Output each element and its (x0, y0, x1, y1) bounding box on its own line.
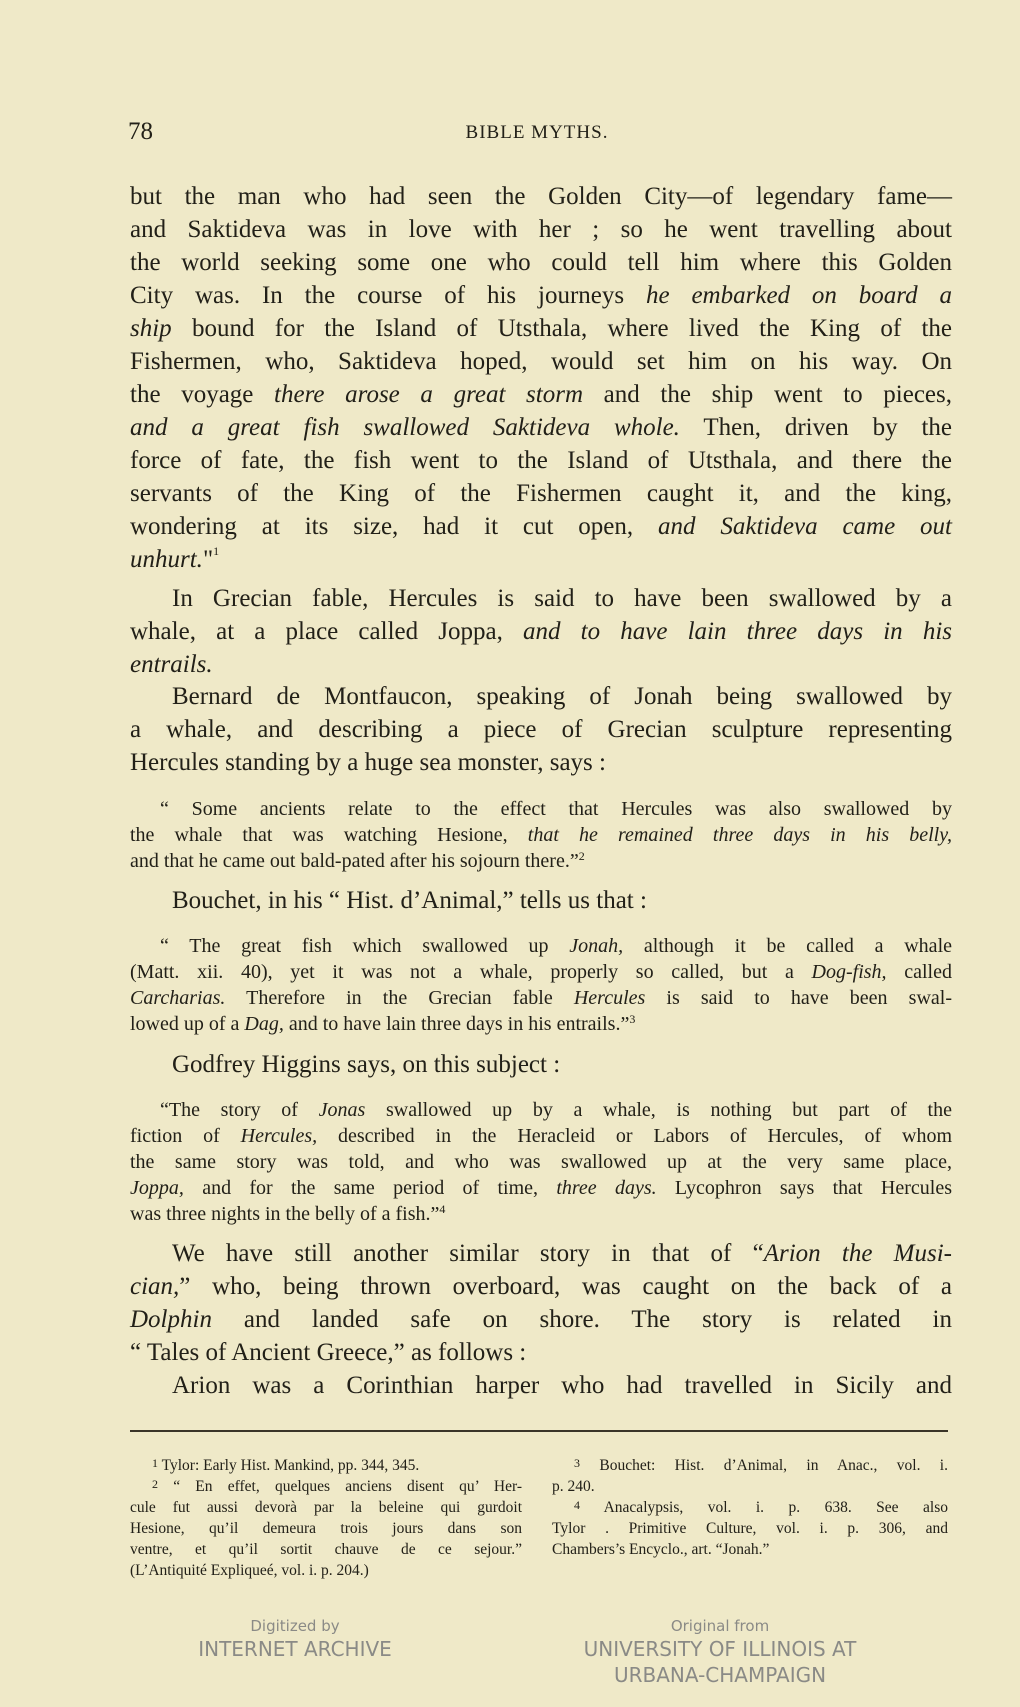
footnote-divider (130, 1430, 948, 1432)
footnote-2-cont: ventre, et qu’il sortit chauve de ce sej… (130, 1539, 522, 1560)
text-line: Carcharias. Therefore in the Grecian fab… (130, 985, 952, 1011)
footnote-2: 2 “ En effet, quelques anciens disent qu… (130, 1476, 522, 1497)
text-line: lowed up of a Dag, and to have lain thre… (130, 1011, 952, 1037)
text-line: a whale, and describing a piece of Greci… (130, 713, 952, 746)
paragraph-hercules: In Grecian fable, Hercules is said to ha… (130, 582, 952, 681)
footnote-4-cont: Tylor . Primitive Culture, vol. i. p. 30… (552, 1518, 948, 1539)
footnote-3: 3 Bouchet: Hist. d’Animal, in Anac., vol… (552, 1455, 948, 1476)
text-line: was three nights in the belly of a fish.… (130, 1201, 952, 1227)
text-line: “ The great fish which swallowed up Jona… (130, 933, 952, 959)
text-line: In Grecian fable, Hercules is said to ha… (130, 582, 952, 615)
footnote-ref[interactable]: 1 (213, 544, 219, 558)
running-head: 78 BIBLE MYTHS. (128, 118, 946, 150)
text-line: Dolphin and landed safe on shore. The st… (130, 1303, 952, 1336)
text-line: wondering at its size, had it cut open, … (130, 510, 952, 543)
paragraph-higgins: Godfrey Higgins says, on this subject : (130, 1048, 952, 1081)
footnotes-left-column: 1 Tylor: Early Hist. Mankind, pp. 344, 3… (130, 1455, 522, 1581)
footnotes-right-column: 3 Bouchet: Hist. d’Animal, in Anac., vol… (552, 1455, 948, 1560)
text-line: the voyage there arose a great storm and… (130, 378, 952, 411)
text-line: ship bound for the Island of Utsthala, w… (130, 312, 952, 345)
blockquote-higgins: “The story of Jonas swallowed up by a wh… (130, 1097, 952, 1227)
text-line: Godfrey Higgins says, on this subject : (130, 1048, 952, 1081)
text-line: Bouchet, in his “ Hist. d’Animal,” tells… (130, 884, 952, 917)
text-line: Joppa, and for the same period of time, … (130, 1175, 952, 1201)
text-line: whale, at a place called Joppa, and to h… (130, 615, 952, 648)
book-page: 78 BIBLE MYTHS. but the man who had seen… (0, 0, 1020, 1707)
footnote-ref[interactable]: 4 (439, 1202, 445, 1216)
text-line: “ Tales of Ancient Greece,” as follows : (130, 1336, 952, 1369)
running-title: BIBLE MYTHS. (128, 122, 946, 144)
footnote-3-cont: p. 240. (552, 1476, 948, 1497)
blockquote-bouchet: “ The great fish which swallowed up Jona… (130, 933, 952, 1037)
text-line: and that he came out bald-pated after hi… (130, 848, 952, 874)
text-line: and Saktideva was in love with her ; so … (130, 213, 952, 246)
text-line: the whale that was watching Hesione, tha… (130, 822, 952, 848)
text-line: Hercules standing by a huge sea monster,… (130, 746, 952, 779)
footnote-ref[interactable]: 3 (629, 1012, 635, 1026)
footnote-4: 4 Anacalypsis, vol. i. p. 638. See also (552, 1497, 948, 1518)
digitized-by-watermark: Digitized by INTERNET ARCHIVE (170, 1616, 420, 1662)
text-line: cian,” who, being thrown overboard, was … (130, 1270, 952, 1303)
text-line: unhurt."1 (130, 543, 952, 576)
text-line: We have still another similar story in t… (130, 1237, 952, 1270)
text-line: “The story of Jonas swallowed up by a wh… (130, 1097, 952, 1123)
text-line: (Matt. xii. 40), yet it was not a whale,… (130, 959, 952, 985)
text-line: Arion was a Corinthian harper who had tr… (130, 1369, 952, 1402)
text-line: the same story was told, and who was swa… (130, 1149, 952, 1175)
footnote-1: 1 Tylor: Early Hist. Mankind, pp. 344, 3… (130, 1455, 522, 1476)
footnote-2-cont: (L’Antiquité Expliqueé, vol. i. p. 204.) (130, 1560, 522, 1581)
paragraph-bouchet: Bouchet, in his “ Hist. d’Animal,” tells… (130, 884, 952, 917)
text-line: entrails. (130, 648, 952, 681)
text-line: but the man who had seen the Golden City… (130, 180, 952, 213)
original-from-watermark: Original from UNIVERSITY OF ILLINOIS AT … (560, 1616, 880, 1688)
footnote-ref[interactable]: 2 (579, 849, 585, 863)
text-line: Bernard de Montfaucon, speaking of Jonah… (130, 680, 952, 713)
blockquote-montfaucon: “ Some ancients relate to the effect tha… (130, 796, 952, 874)
footnote-2-cont: Hesione, qu’il demeura trois jours dans … (130, 1518, 522, 1539)
paragraph-arion: We have still another similar story in t… (130, 1237, 952, 1402)
text-line: servants of the King of the Fishermen ca… (130, 477, 952, 510)
text-line: and a great fish swallowed Saktideva who… (130, 411, 952, 444)
text-line: City was. In the course of his journeys … (130, 279, 952, 312)
text-line: the world seeking some one who could tel… (130, 246, 952, 279)
text-line: “ Some ancients relate to the effect tha… (130, 796, 952, 822)
paragraph-saktideva: but the man who had seen the Golden City… (130, 180, 952, 576)
paragraph-montfaucon: Bernard de Montfaucon, speaking of Jonah… (130, 680, 952, 779)
text-line: force of fate, the fish went to the Isla… (130, 444, 952, 477)
text-line: fiction of Hercules, described in the He… (130, 1123, 952, 1149)
footnote-4-cont: Chambers’s Encyclo., art. “Jonah.” (552, 1539, 948, 1560)
text-line: Fishermen, who, Saktideva hoped, would s… (130, 345, 952, 378)
footnote-2-cont: cule fut aussi devorà par la beleine qui… (130, 1497, 522, 1518)
